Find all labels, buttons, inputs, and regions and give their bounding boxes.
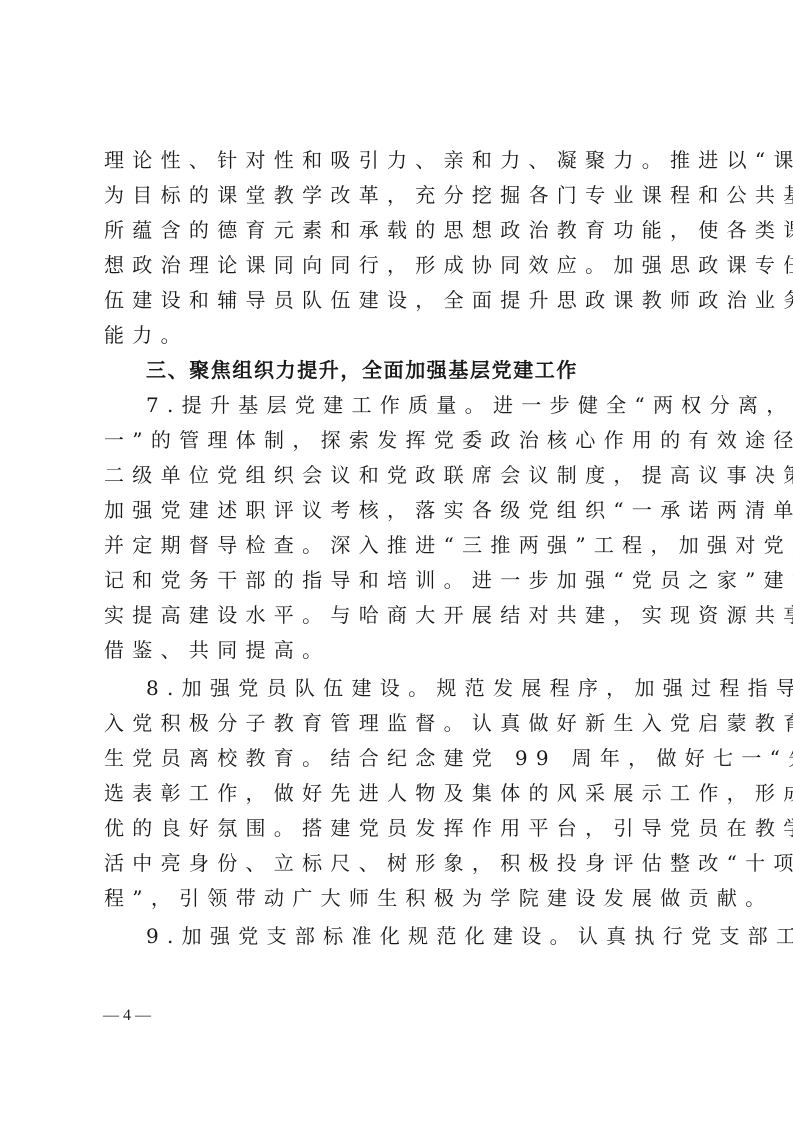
text-line: 记和党务干部的指导和培训。进一步加强“党员之家”建设，切 [104,563,692,598]
text-line: 所蕴含的德育元素和承载的思想政治教育功能，使各类课程与思 [104,213,692,248]
text-line: 能力。 [104,318,692,353]
text-line: 理论性、针对性和吸引力、亲和力、凝聚力。推进以“课程思政” [104,143,692,178]
text-line: 入党积极分子教育管理监督。认真做好新生入党启蒙教育和毕业 [104,706,692,741]
text-line: 伍建设和辅导员队伍建设，全面提升思政课教师政治业务素质和 [104,283,692,318]
text-line: 生党员离校教育。结合纪念建党 99 周年，做好七一“先优”评 [104,741,692,776]
text-line: 活中亮身份、立标尺、树形象，积极投身评估整改“十项建设工 [104,846,692,881]
item-7-paragraph: 7.提升基层党建工作质量。进一步健全“两权分离，四力合 一”的管理体制，探索发挥… [104,388,692,668]
text-line: 程”，引领带动广大师生积极为学院建设发展做贡献。 [104,881,692,916]
item-9-paragraph: 9.加强党支部标准化规范化建设。认真执行党支部工作条 [104,919,692,954]
paragraph-continuation: 理论性、针对性和吸引力、亲和力、凝聚力。推进以“课程思政” 为目标的课堂教学改革… [104,143,692,353]
text-line: 7.提升基层党建工作质量。进一步健全“两权分离，四力合 [104,388,692,423]
document-page: 理论性、针对性和吸引力、亲和力、凝聚力。推进以“课程思政” 为目标的课堂教学改革… [104,143,692,954]
text-line: 一”的管理体制，探索发挥党委政治核心作用的有效途径。完善 [104,423,692,458]
text-line: 借鉴、共同提高。 [104,633,692,668]
text-line: 并定期督导检查。深入推进“三推两强”工程，加强对党支部书 [104,528,692,563]
text-line: 实提高建设水平。与哈商大开展结对共建，实现资源共享、相互 [104,598,692,633]
text-line: 加强党建述职评议考核，落实各级党组织“一承诺两清单”制度 [104,493,692,528]
text-line: 选表彰工作，做好先进人物及集体的风采展示工作，形成创先争 [104,776,692,811]
text-line: 优的良好氛围。搭建党员发挥作用平台，引导党员在教学科研生 [104,811,692,846]
page-number: — 4 — [103,1007,151,1025]
text-line: 想政治理论课同向同行，形成协同效应。加强思政课专任教师队 [104,248,692,283]
text-line: 为目标的课堂教学改革，充分挖掘各门专业课程和公共基础课程 [104,178,692,213]
text-line: 9.加强党支部标准化规范化建设。认真执行党支部工作条 [104,919,692,954]
item-8-paragraph: 8.加强党员队伍建设。规范发展程序，加强过程指导，强化 入党积极分子教育管理监督… [104,671,692,916]
text-line: 8.加强党员队伍建设。规范发展程序，加强过程指导，强化 [104,671,692,706]
section-heading: 三、聚焦组织力提升，全面加强基层党建工作 [104,353,692,388]
text-line: 二级单位党组织会议和党政联席会议制度，提高议事决策水平。 [104,458,692,493]
